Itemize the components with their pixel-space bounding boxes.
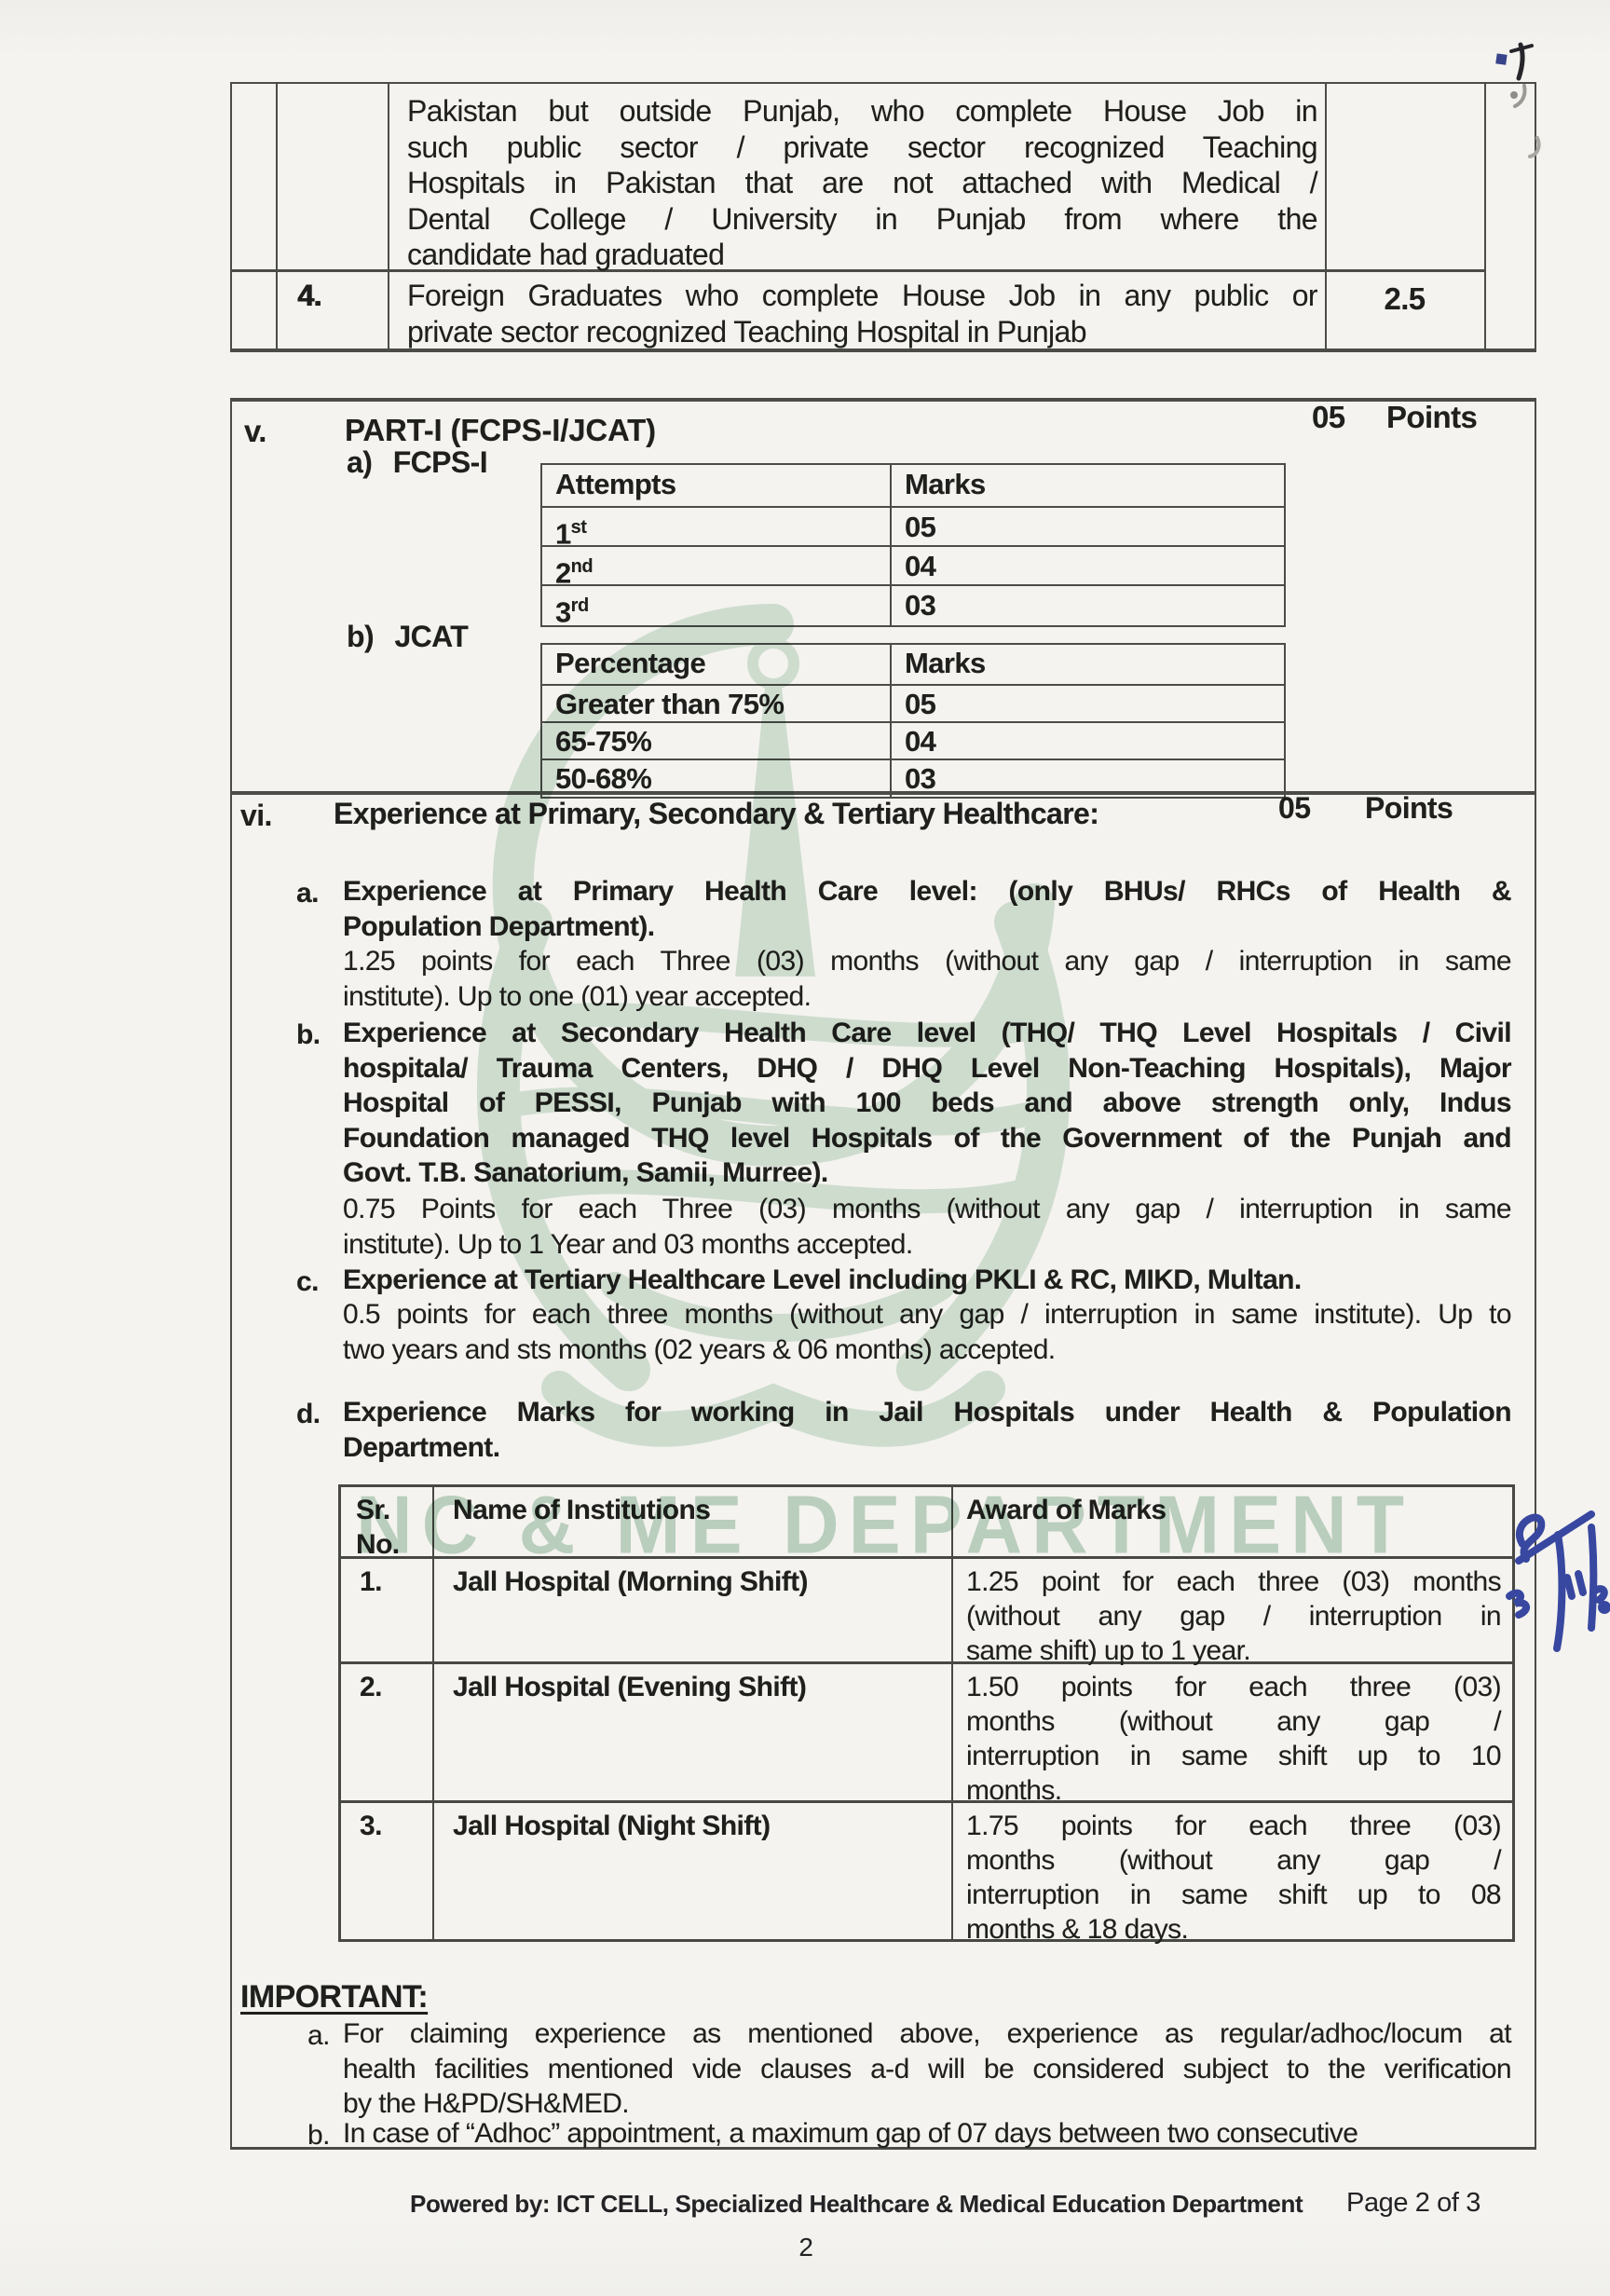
fcps-header-marks: Marks: [892, 465, 1284, 506]
fcps-header-attempts: Attempts: [542, 465, 892, 506]
section-v-points-label: Points: [1386, 400, 1477, 435]
attempt-number: 2: [555, 556, 571, 589]
jail-header-award: Award of Marks: [953, 1487, 1512, 1559]
section-v-points-value: 05: [1312, 400, 1345, 435]
attempt-number: 1: [555, 517, 571, 550]
item-a-bold-text: Experience at Primary Health Care level:…: [343, 874, 1511, 944]
item-c-label: c.: [296, 1264, 319, 1300]
section-v-title: PART-I (FCPS-I/JCAT): [345, 413, 656, 448]
jail-header-sr-no: Sr.No.: [341, 1487, 434, 1559]
section-vi-points-label: Points: [1365, 790, 1453, 827]
jail-row1-sr: 1.: [341, 1559, 434, 1664]
top-table: Pakistan but outside Punjab, who complet…: [230, 82, 1536, 352]
jail-row2-award: 1.50 points for each three (03)months (w…: [953, 1664, 1512, 1803]
jcat-header-percentage: Percentage: [542, 645, 892, 684]
item-a-label: a.: [296, 876, 319, 911]
attempt-number: 3: [555, 595, 571, 628]
fcps-attempt-3: 3rd: [542, 586, 892, 625]
section-vi-points-value: 05: [1278, 790, 1310, 827]
handwritten-mark-top-right-icon: [1483, 37, 1549, 158]
item-d-label: d.: [296, 1397, 320, 1432]
footer-powered-by: Powered by: ICT CELL, Specialized Health…: [410, 2190, 1303, 2219]
attempt-ordinal: rd: [571, 595, 589, 616]
item-b-normal-text: 0.75 Points for each Three (03) months (…: [343, 1192, 1511, 1262]
jail-row3-sr: 3.: [341, 1803, 434, 1939]
jail-row1-name: Jall Hospital (Morning Shift): [434, 1559, 953, 1664]
jail-row1-award: 1.25 point for each three (03) months(wi…: [953, 1559, 1512, 1664]
sub-b-label: b): [347, 620, 374, 653]
top-table-vline-1: [276, 84, 278, 348]
jail-header-name: Name of Institutions: [434, 1487, 953, 1559]
fcps-marks-2: 04: [892, 547, 1284, 584]
fcps-attempt-2: 2nd: [542, 547, 892, 584]
jail-hospitals-table: Sr.No. Name of Institutions Award of Mar…: [338, 1484, 1515, 1942]
jail-row3-award: 1.75 points for each three (03)months (w…: [953, 1803, 1512, 1939]
jcat-row-3: 50-68% 03: [542, 758, 1284, 797]
top-table-continuation-text: Pakistan but outside Punjab, who complet…: [407, 93, 1317, 273]
fcps-marks-3: 03: [892, 586, 1284, 625]
jcat-marks-3: 03: [892, 760, 1284, 797]
jcat-percentage-2: 65-75%: [542, 723, 892, 758]
jcat-marks-2: 04: [892, 723, 1284, 758]
sub-a-label: a): [347, 445, 372, 479]
jcat-table: Percentage Marks Greater than 75% 05 65-…: [540, 643, 1286, 799]
item-b-label: b.: [296, 1018, 320, 1053]
jcat-row-2: 65-75% 04: [542, 721, 1284, 758]
section-vi-roman: vi.: [240, 798, 272, 834]
jcat-percentage-1: Greater than 75%: [542, 686, 892, 721]
item-a-normal-text: 1.25 points for each Three (03) months (…: [343, 944, 1511, 1014]
item-d-bold-text: Experience Marks for working in Jail Hos…: [343, 1395, 1511, 1465]
blue-initials-signature-icon: [1502, 1486, 1610, 1691]
important-b-text: In case of “Adhoc” appointment, a maximu…: [343, 2116, 1526, 2152]
jcat-header-row: Percentage Marks: [542, 645, 1284, 684]
sub-a-title: FCPS-I: [393, 445, 487, 479]
attempt-ordinal: nd: [571, 556, 593, 577]
section-vi-title: Experience at Primary, Secondary & Terti…: [334, 796, 1098, 832]
fcps-marks-1: 05: [892, 508, 1284, 545]
jcat-header-marks: Marks: [892, 645, 1284, 684]
attempt-ordinal: st: [571, 517, 587, 538]
important-b-label: b.: [307, 2118, 330, 2153]
fcps-row-3: 3rd 03: [542, 584, 1284, 625]
fcps-header-row: Attempts Marks: [542, 465, 1284, 506]
top-table-row4-marks: 2.5: [1325, 281, 1484, 317]
footer-page-indicator: Page 2 of 3: [1346, 2188, 1480, 2219]
item-c-bold-text: Experience at Tertiary Healthcare Level …: [343, 1263, 1511, 1298]
fcps-row-1: 1st 05: [542, 506, 1284, 545]
important-heading: IMPORTANT:: [240, 1979, 428, 2016]
top-table-vline-2: [388, 84, 389, 348]
item-c-normal-text: 0.5 points for each three months (withou…: [343, 1297, 1511, 1367]
jcat-marks-1: 05: [892, 686, 1284, 721]
top-table-row4-text: Foreign Graduates who complete House Job…: [407, 278, 1317, 349]
jcat-percentage-3: 50-68%: [542, 760, 892, 797]
sub-b-title: JCAT: [394, 620, 468, 653]
sub-b-heading: b) JCAT: [347, 619, 468, 655]
fcps-row-2: 2nd 04: [542, 545, 1284, 584]
fcps-table: Attempts Marks 1st 05 2nd 04 3rd 03: [540, 463, 1286, 627]
section-v-roman: v.: [244, 414, 266, 449]
important-a-label: a.: [307, 2018, 330, 2054]
footer-page-number: 2: [745, 2233, 866, 2262]
item-b-bold-text: Experience at Secondary Health Care leve…: [343, 1016, 1511, 1191]
jail-row2-sr: 2.: [341, 1664, 434, 1803]
jail-row2-name: Jall Hospital (Evening Shift): [434, 1664, 953, 1803]
top-table-row4-number: 4.: [298, 278, 322, 314]
scanned-document-page: Pakistan but outside Punjab, who complet…: [0, 0, 1610, 2296]
important-a-text: For claiming experience as mentioned abo…: [343, 2016, 1511, 2122]
sub-a-heading: a) FCPS-I: [347, 444, 487, 481]
jcat-row-1: Greater than 75% 05: [542, 684, 1284, 721]
jail-row3-name: Jall Hospital (Night Shift): [434, 1803, 953, 1939]
fcps-attempt-1: 1st: [542, 508, 892, 545]
